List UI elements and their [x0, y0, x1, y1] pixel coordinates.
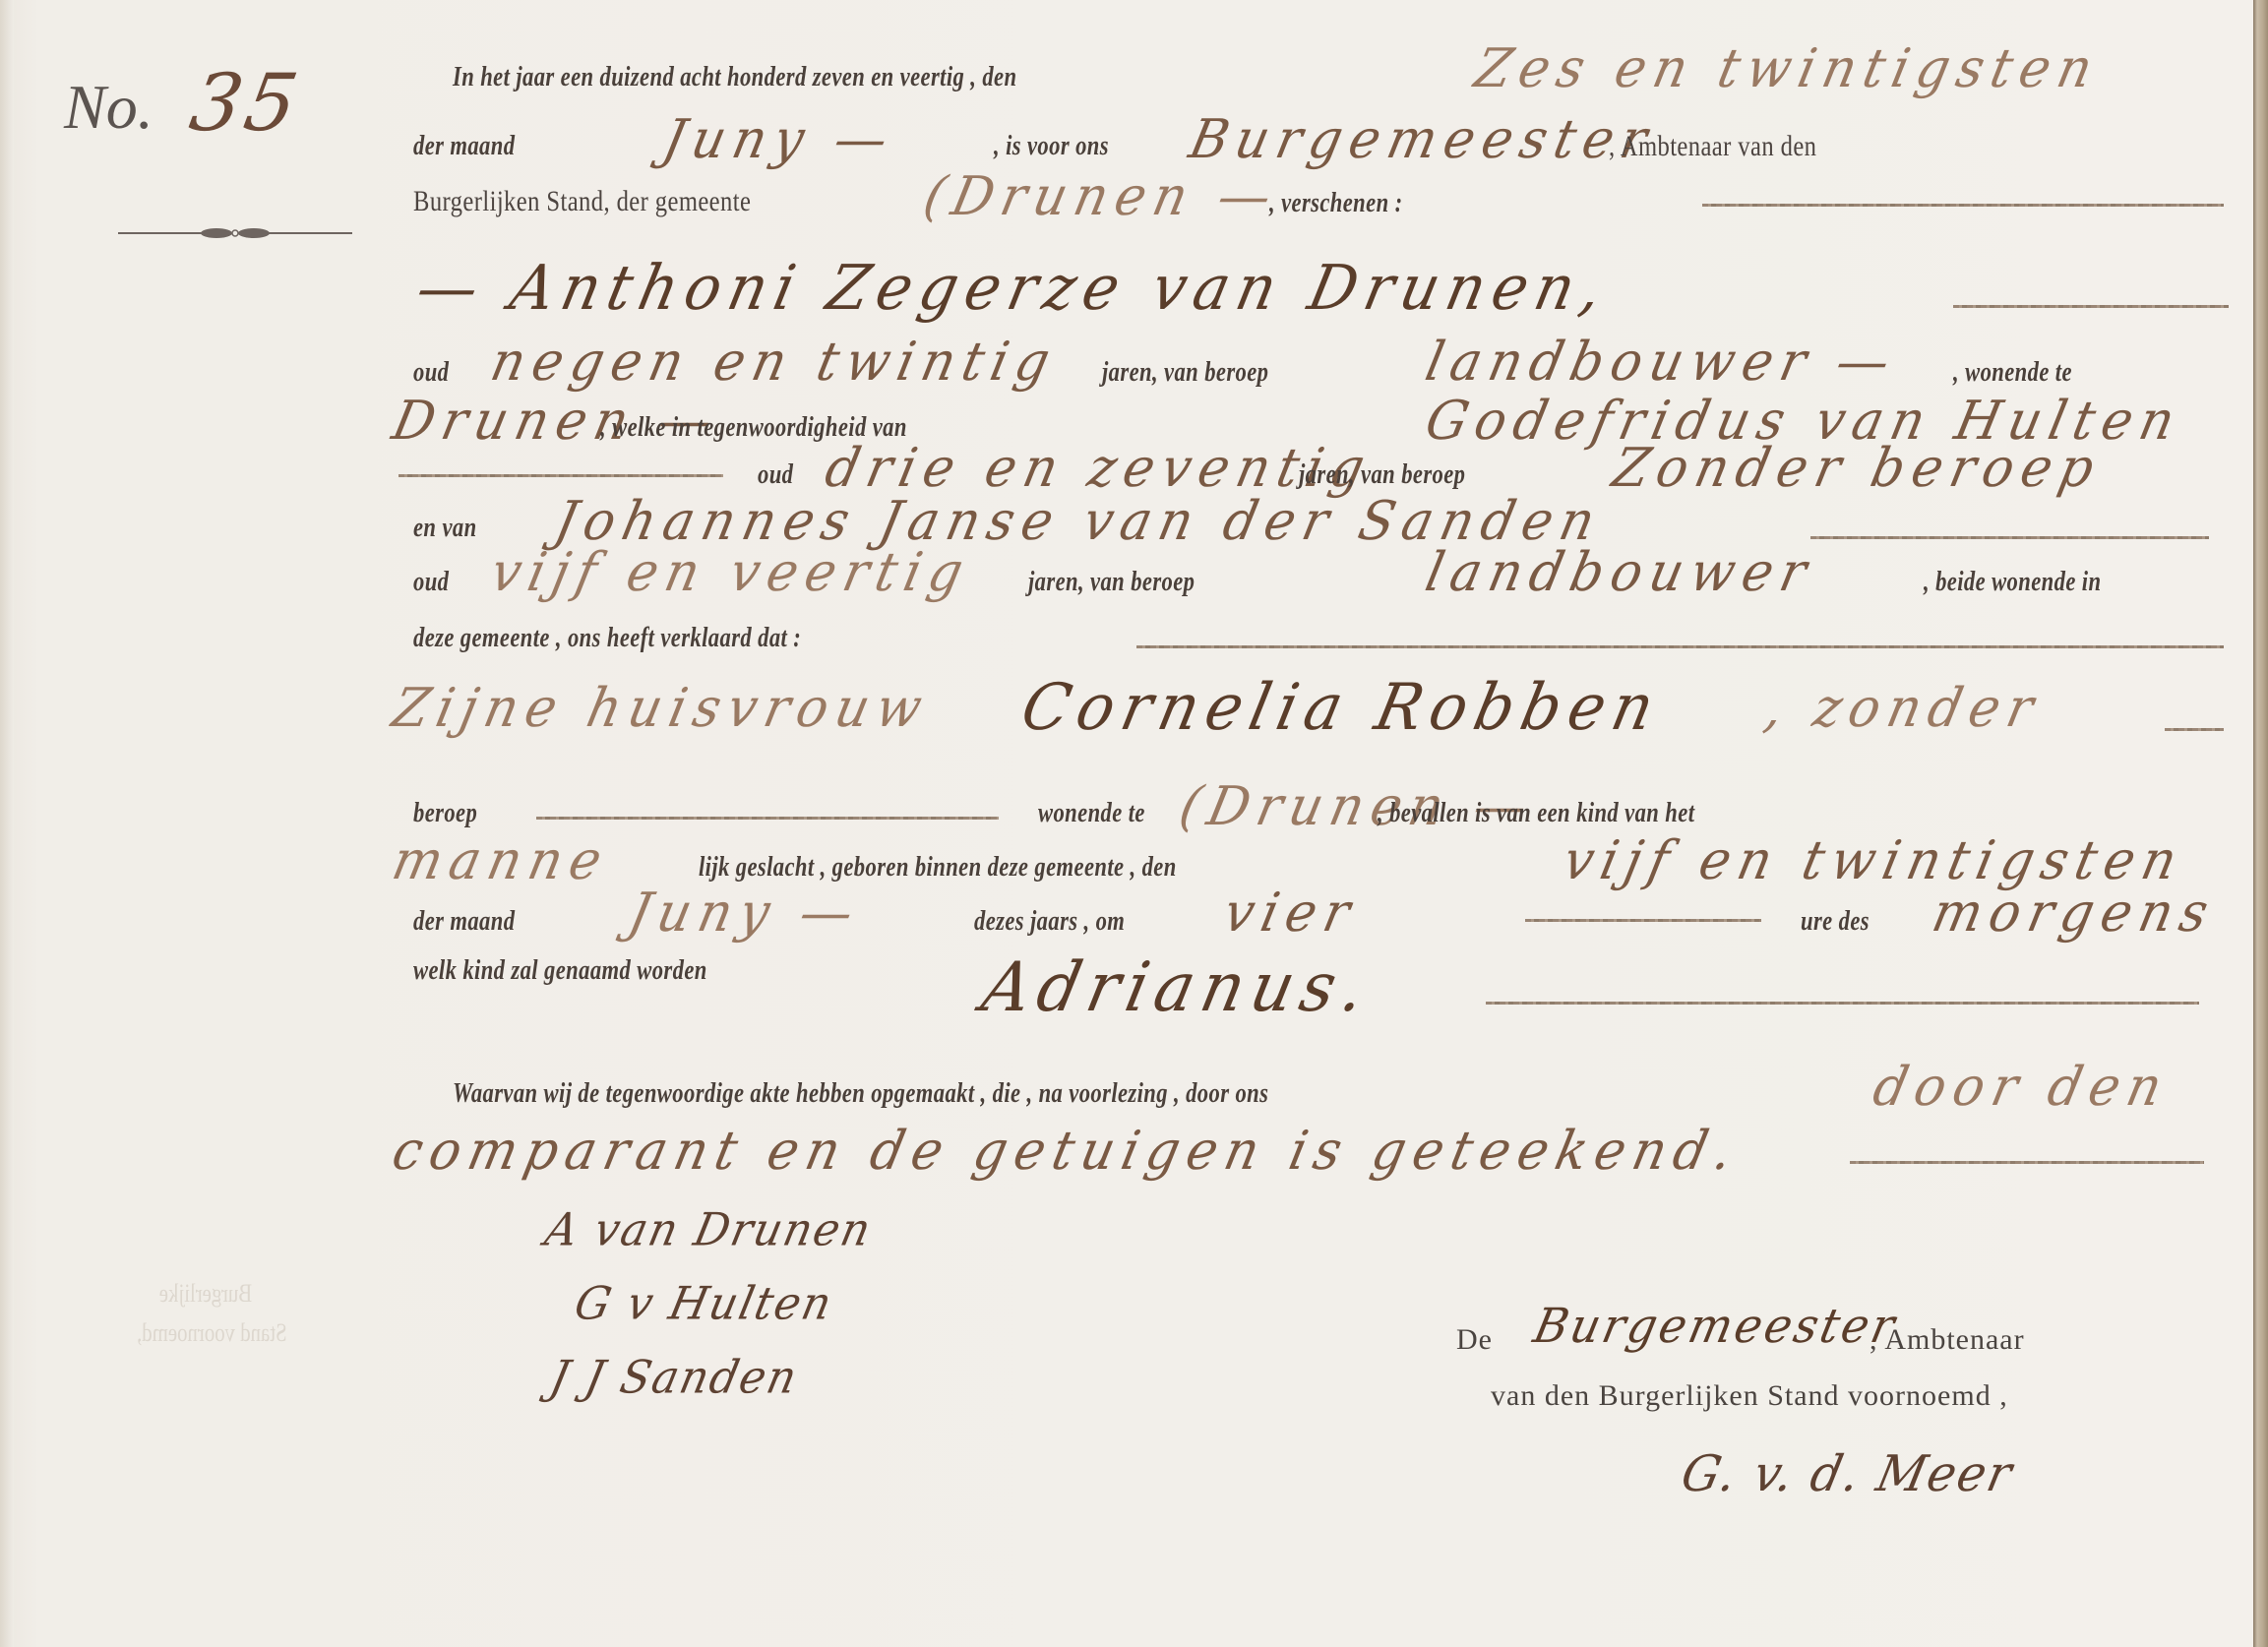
handwritten-occupation: landbouwer —	[1420, 332, 1903, 394]
signature-witness-1: G v Hulten	[570, 1278, 837, 1331]
bleed-through-text: Stand voornoemd,	[137, 1318, 287, 1348]
printed-text: wonende te	[1038, 797, 1145, 829]
blank-rule	[1810, 536, 2209, 539]
handwritten-birth-month: Juny —	[623, 883, 866, 945]
handwritten-day: Zes en twintigsten	[1469, 38, 2106, 100]
handwritten-child-name: Adrianus.	[975, 947, 1379, 1027]
blank-rule	[1486, 1002, 2199, 1005]
blank-rule	[1850, 1161, 2204, 1164]
handwritten-mother-name: Cornelia Robben	[1015, 669, 1669, 745]
handwritten-witness-1-occupation: Zonder beroep	[1607, 438, 2107, 500]
handwritten-age: negen en twintig	[485, 332, 1063, 394]
handwritten-witness-2-age: vijf en veertig	[485, 542, 976, 604]
printed-text: dezes jaars , om	[974, 905, 1125, 938]
printed-text: De	[1456, 1323, 1493, 1357]
handwritten-birth-hour: vier	[1218, 883, 1363, 945]
printed-text: , bevallen is van een kind van het	[1378, 797, 1694, 829]
signature-official: G. v. d. Meer	[1677, 1445, 2019, 1503]
handwritten-official-title: Burgemeester	[1184, 109, 1660, 171]
printed-text: beroep	[413, 797, 477, 829]
handwritten-time-of-day: morgens	[1927, 883, 2221, 945]
signature-witness-2: J J Sanden	[545, 1352, 803, 1405]
printed-text: , Ambtenaar	[1870, 1323, 2025, 1357]
handwritten-municipality: (Drunen —	[918, 166, 1284, 228]
printed-text: van den Burgerlijken Stand voornoemd ,	[1491, 1379, 2008, 1413]
handwritten-text: Zijne huisvrouw	[387, 678, 935, 740]
handwritten-closing-text: comparant en de getuigen is geteekend.	[387, 1121, 1746, 1183]
document-page: Burgerlijke Stand voornoemd, No. 35 In h…	[0, 0, 2253, 1647]
blank-rule	[1953, 305, 2229, 308]
printed-text: welk kind zal genaamd worden	[413, 954, 707, 987]
printed-text: Waarvan wij de tegenwoordige akte hebben…	[453, 1077, 1268, 1110]
blank-rule	[398, 474, 723, 477]
printed-text: en van	[413, 512, 477, 544]
page-edge	[2253, 0, 2268, 1647]
handwritten-mother-occupation: , zonder	[1759, 678, 2047, 740]
binding-gutter-shadow	[0, 0, 14, 1647]
printed-text: , wonende te	[1953, 356, 2072, 389]
signature-declarant: A van Drunen	[540, 1204, 877, 1257]
record-number: 35	[184, 57, 308, 149]
handwritten-month: Juny —	[657, 109, 900, 171]
printed-text: der maand	[413, 130, 515, 162]
blank-rule	[2165, 728, 2224, 731]
printed-text: jaren, van beroep	[1299, 458, 1465, 491]
handwritten-sex: manne	[387, 830, 614, 892]
handwritten-declarant-name: — Anthoni Zegerze van Drunen,	[410, 252, 1616, 325]
blank-rule	[1702, 204, 2224, 207]
handwritten-official-title: Burgemeester	[1529, 1298, 1903, 1354]
printed-text: jaren, van beroep	[1028, 566, 1195, 598]
blank-rule	[1136, 645, 2224, 648]
handwritten-witness-2-occupation: landbouwer	[1420, 542, 1819, 604]
printed-text: , verschenen :	[1269, 187, 1403, 219]
printed-text: ure des	[1801, 905, 1870, 938]
bleed-through-text: Burgerlijke	[159, 1279, 252, 1309]
printed-text: oud	[413, 566, 449, 598]
printed-text: lijk geslacht , geboren binnen deze geme…	[699, 851, 1177, 884]
printed-text: , is voor ons	[994, 130, 1109, 162]
printed-text: deze gemeente , ons heeft verklaard dat …	[413, 622, 801, 654]
printed-text: der maand	[413, 905, 515, 938]
ornament-divider-icon	[118, 226, 352, 240]
printed-text: jaren, van beroep	[1102, 356, 1268, 389]
printed-text: oud	[413, 356, 449, 389]
record-number-prefix: No.	[64, 71, 153, 144]
blank-rule	[536, 817, 999, 820]
printed-text: , beide wonende in	[1924, 566, 2101, 598]
printed-text: Burgerlijken Stand, der gemeente	[413, 185, 751, 218]
handwritten-text: door den	[1868, 1057, 2175, 1119]
printed-text: , Ambtenaar van den	[1609, 130, 1816, 163]
printed-text: In het jaar een duizend acht honderd zev…	[453, 61, 1016, 93]
blank-rule	[1525, 919, 1761, 922]
printed-text: oud	[758, 458, 793, 491]
